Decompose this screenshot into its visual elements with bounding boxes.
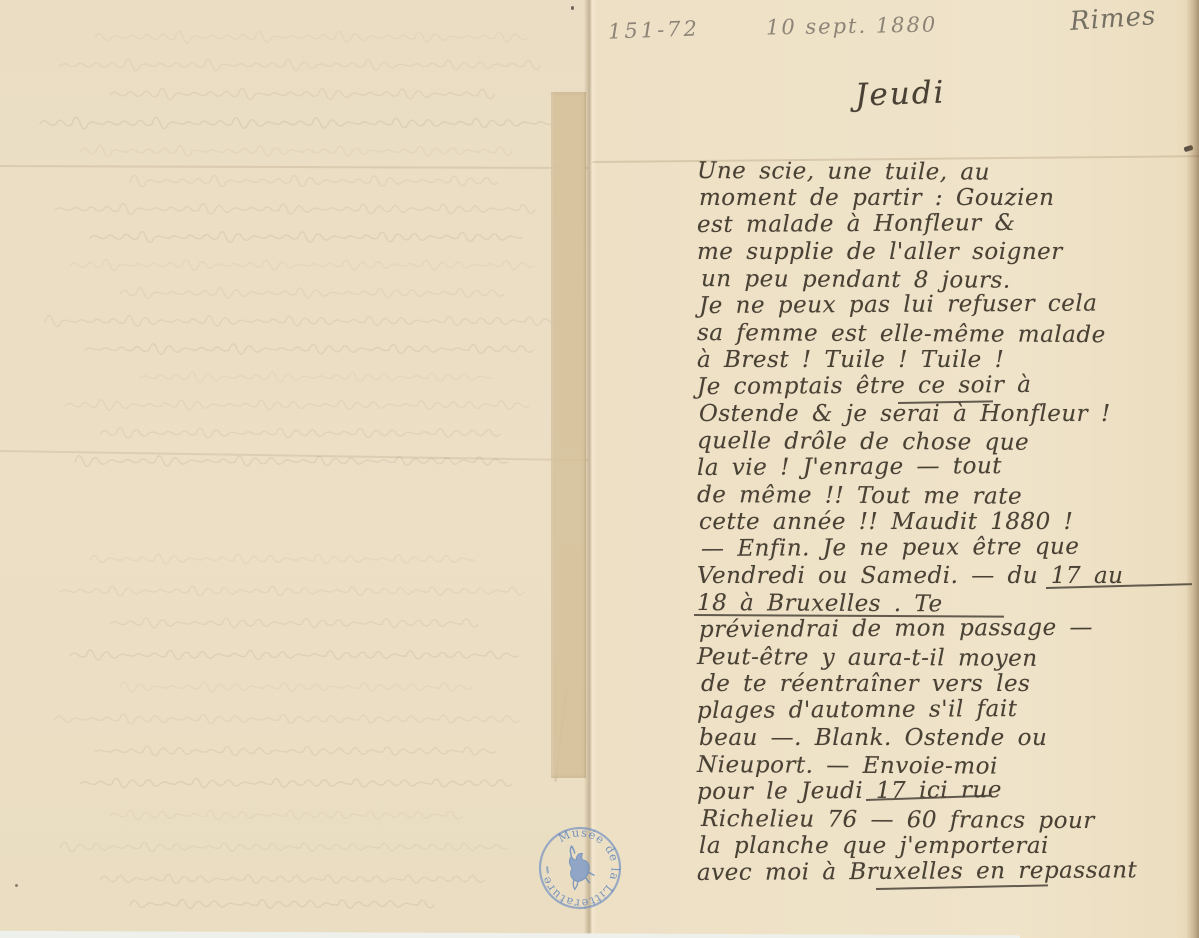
letter-scan: 151-72 10 sept. 1880 Rimes Jeudi Une sci… [0,0,1199,938]
bleedthrough-stroke [90,554,474,564]
ink-speck [571,6,574,10]
letter-line: la planche que j'emporterai [699,833,1197,860]
bleedthrough-stroke [100,874,484,883]
bleedthrough-stroke [85,344,533,355]
center-fold [584,0,596,938]
letter-line: — Enfin. Je ne peux être que [701,533,1197,563]
letter-line: cette année !! Maudit 1880 ! [699,509,1197,536]
bleedthrough-stroke [45,315,557,326]
letter-line: me supplie de l'aller soigner [697,239,1197,266]
letter-line: pour le Jeudi 17 ici rue [697,776,1197,806]
letter-line: Peut-être y aura-t-il moyen [697,644,1197,674]
tape-strip [551,92,586,778]
letter-line: beau —. Blank. Ostende ou [699,725,1197,752]
annotation-date: 10 sept. 1880 [766,13,938,40]
letter-line: moment de partir : Gouzien [699,185,1197,212]
bleedthrough-stroke [110,810,462,820]
bleedthrough-handwriting [0,0,590,938]
letter-body: Une scie, une tuile, au moment de partir… [697,158,1197,887]
letter-line: Richelieu 76 — 60 francs pour [701,806,1197,836]
letter-line: sa femme est elle-même malade [697,320,1197,350]
ink-speck [15,884,18,887]
letter-line: la vie ! J'enrage — tout [697,452,1197,482]
bleedthrough-stroke [130,899,434,908]
bleedthrough-stroke [110,618,478,628]
bleedthrough-stroke [140,372,492,383]
bleedthrough-stroke [60,59,540,71]
letter-line: de même !! Tout me rate [697,482,1197,512]
annotation-title: Rimes [1069,1,1157,37]
museum-stamp: Musée de la Littérature [532,820,628,916]
left-page [0,0,590,938]
letter-line: de te réentraîner vers les [701,671,1197,698]
letter-line: Je comptais être ce soir à [697,371,1197,401]
letter-line: à Brest ! Tuile ! Tuile ! [697,347,1197,374]
annotation-catalog-number: 151-72 [608,16,701,43]
bleedthrough-stroke [80,145,512,157]
letter-line: avec moi à Bruxelles en repassant [697,857,1197,887]
bleedthrough-stroke [60,842,508,852]
right-edge-shadow [1186,0,1199,938]
bleedthrough-stroke [95,746,495,756]
bleedthrough-stroke [70,259,534,270]
bleedthrough-stroke [110,88,494,100]
bleedthrough-stroke [100,428,500,439]
bleedthrough-stroke [130,175,498,187]
letter-line: Une scie, une tuile, au [697,158,1197,188]
letter-line: plages d'automne s'il fait [697,695,1197,725]
bleedthrough-stroke [90,231,522,242]
bleedthrough-stroke [80,778,512,788]
bleedthrough-stroke [70,650,518,660]
letter-heading: Jeudi [854,74,946,113]
rooster-icon [552,845,601,894]
letter-line: préviendrai de mon passage — [699,614,1197,644]
bleedthrough-stroke [65,400,529,411]
letter-line: est malade à Honfleur & [697,209,1197,239]
letter-line: Je ne peux pas lui refuser cela [699,290,1197,320]
letter-line: Ostende & je serai à Honfleur ! [699,401,1197,428]
bleedthrough-stroke [55,714,519,724]
bleedthrough-stroke [40,117,552,129]
bleedthrough-stroke [60,586,524,596]
bleedthrough-stroke [120,287,504,298]
bleedthrough-stroke [120,682,472,692]
bleedthrough-stroke [95,31,527,43]
bleedthrough-stroke [55,203,535,214]
stamp-dash [544,866,551,873]
